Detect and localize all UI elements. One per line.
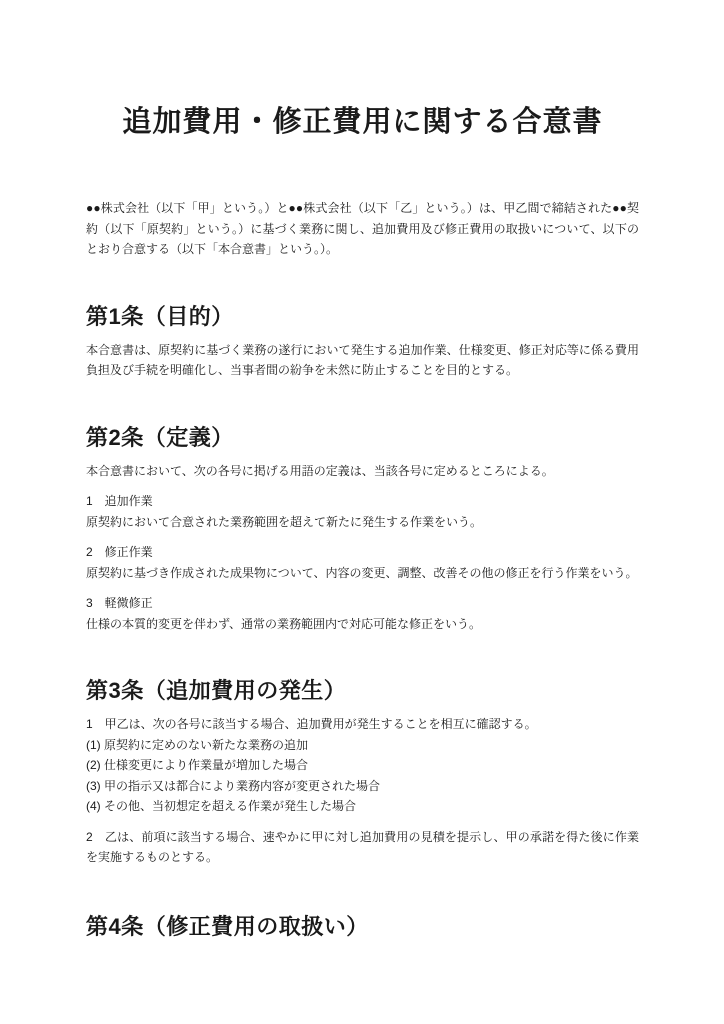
article-3-item-2: (2) 仕様変更により作業量が増加した場合 <box>86 755 639 776</box>
article-4-heading: 第4条（修正費用の取扱い） <box>86 912 639 942</box>
document-title: 追加費用・修正費用に関する合意書 <box>86 102 639 142</box>
definition-term: 1 追加作業 <box>86 491 639 512</box>
article-3-heading: 第3条（追加費用の発生） <box>86 676 639 706</box>
definition-text: 仕様の本質的変更を伴わず、通常の業務範囲内で対応可能な修正をいう。 <box>86 614 639 635</box>
definition-item-3: 3 軽微修正 仕様の本質的変更を伴わず、通常の業務範囲内で対応可能な修正をいう。 <box>86 593 639 634</box>
article-1-body: 本合意書は、原契約に基づく業務の遂行において発生する追加作業、仕様変更、修正対応… <box>86 340 639 381</box>
definition-item-2: 2 修正作業 原契約に基づき作成された成果物について、内容の変更、調整、改善その… <box>86 542 639 583</box>
definition-item-1: 1 追加作業 原契約において合意された業務範囲を超えて新たに発生する作業をいう。 <box>86 491 639 532</box>
article-3: 第3条（追加費用の発生） 1 甲乙は、次の各号に該当する場合、追加費用が発生する… <box>86 676 639 868</box>
definition-text: 原契約に基づき作成された成果物について、内容の変更、調整、改善その他の修正を行う… <box>86 563 639 584</box>
article-3-item-3: (3) 甲の指示又は都合により業務内容が変更された場合 <box>86 776 639 797</box>
document-page: 追加費用・修正費用に関する合意書 ●●株式会社（以下「甲」という。）と●●株式会… <box>0 0 724 1024</box>
article-4: 第4条（修正費用の取扱い） <box>86 912 639 942</box>
definition-text: 原契約において合意された業務範囲を超えて新たに発生する作業をいう。 <box>86 512 639 533</box>
article-3-item-1: (1) 原契約に定めのない新たな業務の追加 <box>86 735 639 756</box>
article-2: 第2条（定義） 本合意書において、次の各号に掲げる用語の定義は、当該各号に定める… <box>86 423 639 635</box>
definition-term: 2 修正作業 <box>86 542 639 563</box>
article-3-clause-2: 2 乙は、前項に該当する場合、速やかに甲に対し追加費用の見積を提示し、甲の承諾を… <box>86 827 639 868</box>
intro-paragraph: ●●株式会社（以下「甲」という。）と●●株式会社（以下「乙」という。）は、甲乙間… <box>86 198 639 260</box>
article-3-clause-1: 1 甲乙は、次の各号に該当する場合、追加費用が発生することを相互に確認する。 <box>86 714 639 735</box>
article-1: 第1条（目的） 本合意書は、原契約に基づく業務の遂行において発生する追加作業、仕… <box>86 302 639 381</box>
definition-term: 3 軽微修正 <box>86 593 639 614</box>
article-1-heading: 第1条（目的） <box>86 302 639 332</box>
article-2-heading: 第2条（定義） <box>86 423 639 453</box>
article-2-lead: 本合意書において、次の各号に掲げる用語の定義は、当該各号に定めるところによる。 <box>86 461 639 482</box>
article-3-item-4: (4) その他、当初想定を超える作業が発生した場合 <box>86 796 639 817</box>
